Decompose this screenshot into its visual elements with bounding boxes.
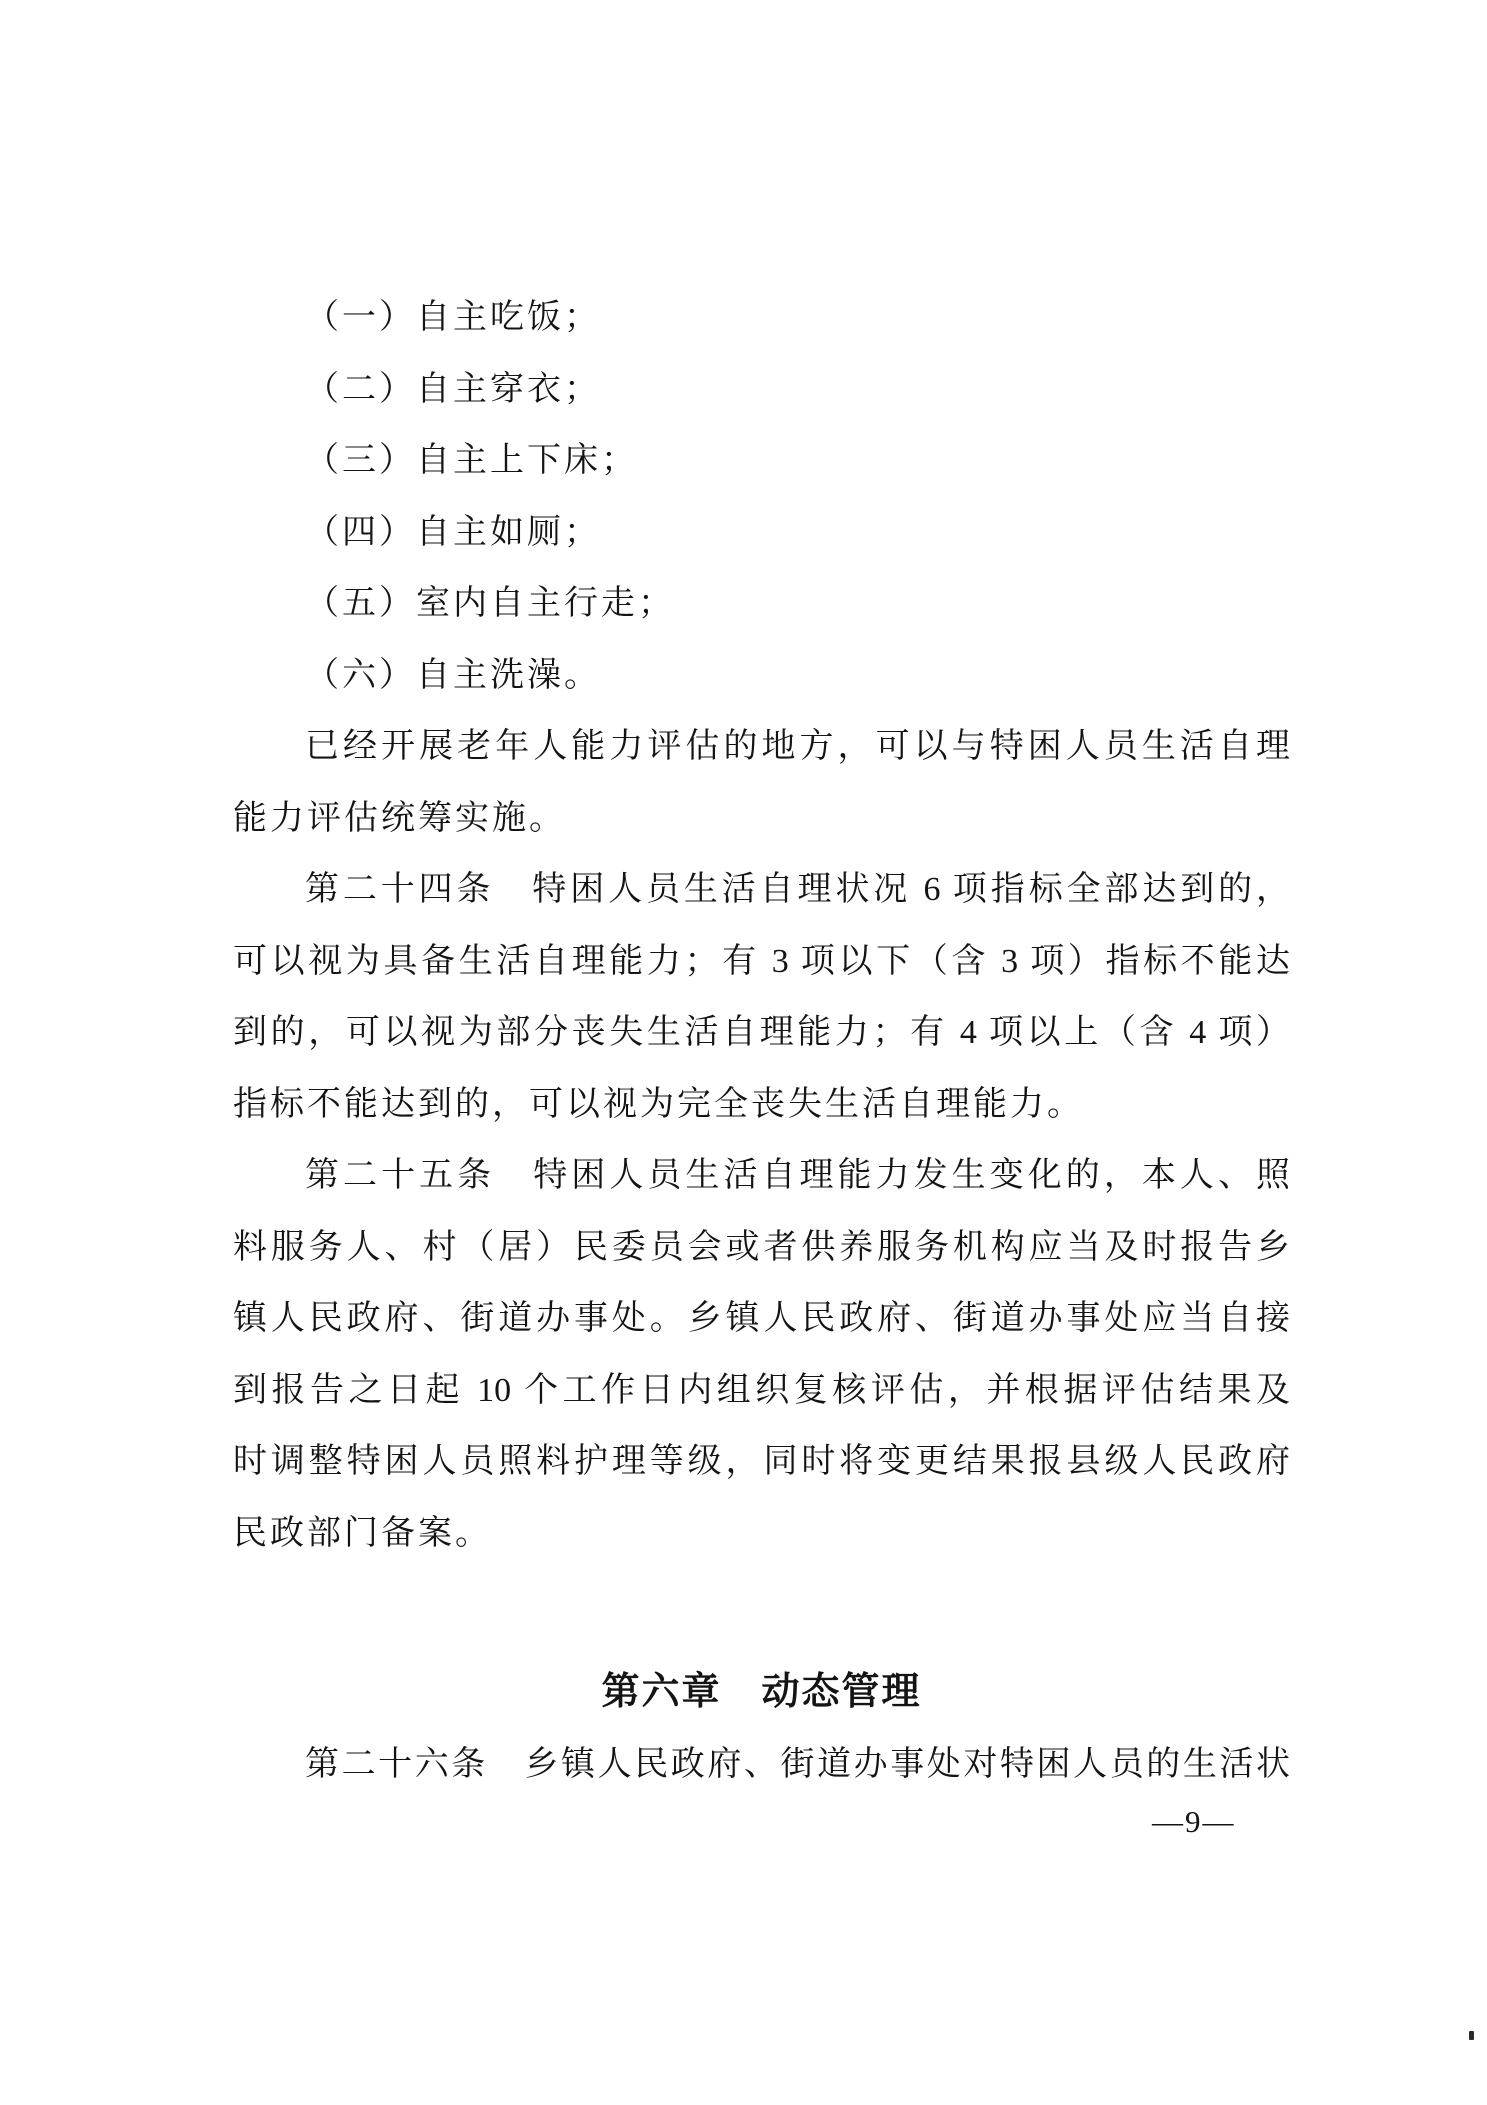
list-item: （一）自主吃饭； bbox=[233, 282, 1290, 354]
paragraph-line: 时调整特困人员照料护理等级，同时将变更结果报县级人民政府 bbox=[233, 1426, 1290, 1498]
paragraph-line: 第二十四条 特困人员生活自理状况 6 项指标全部达到的， bbox=[233, 854, 1290, 926]
list-item: （六）自主洗澡。 bbox=[233, 640, 1290, 712]
paragraph-line: 已经开展老年人能力评估的地方，可以与特困人员生活自理 bbox=[233, 711, 1290, 783]
list-item: （三）自主上下床； bbox=[233, 425, 1290, 497]
list-item: （四）自主如厕； bbox=[233, 497, 1290, 569]
paragraph-line: 民政部门备案。 bbox=[233, 1498, 1290, 1570]
chapter-heading: 第六章 动态管理 bbox=[233, 1657, 1290, 1729]
text-block: （一）自主吃饭； （二）自主穿衣； （三）自主上下床； （四）自主如厕； （五）… bbox=[233, 282, 1290, 1800]
page-number: —9— bbox=[1152, 1800, 1236, 1844]
scan-artifact bbox=[1469, 2031, 1474, 2040]
paragraph-line: 第二十六条 乡镇人民政府、街道办事处对特困人员的生活状 bbox=[233, 1729, 1290, 1801]
paragraph-line: 能力评估统筹实施。 bbox=[233, 783, 1290, 855]
paragraph-line: 镇人民政府、街道办事处。乡镇人民政府、街道办事处应当自接 bbox=[233, 1283, 1290, 1355]
paragraph-line: 料服务人、村（居）民委员会或者供养服务机构应当及时报告乡 bbox=[233, 1212, 1290, 1284]
paragraph-line: 可以视为具备生活自理能力；有 3 项以下（含 3 项）指标不能达 bbox=[233, 926, 1290, 998]
paragraph-line: 到的，可以视为部分丧失生活自理能力；有 4 项以上（含 4 项） bbox=[233, 997, 1290, 1069]
paragraph-line: 到报告之日起 10 个工作日内组织复核评估，并根据评估结果及 bbox=[233, 1355, 1290, 1427]
paragraph-line: 第二十五条 特困人员生活自理能力发生变化的，本人、照 bbox=[233, 1140, 1290, 1212]
list-item: （五）室内自主行走； bbox=[233, 568, 1290, 640]
paragraph-line: 指标不能达到的，可以视为完全丧失生活自理能力。 bbox=[233, 1069, 1290, 1141]
list-item: （二）自主穿衣； bbox=[233, 354, 1290, 426]
document-page: （一）自主吃饭； （二）自主穿衣； （三）自主上下床； （四）自主如厕； （五）… bbox=[0, 0, 1487, 2105]
